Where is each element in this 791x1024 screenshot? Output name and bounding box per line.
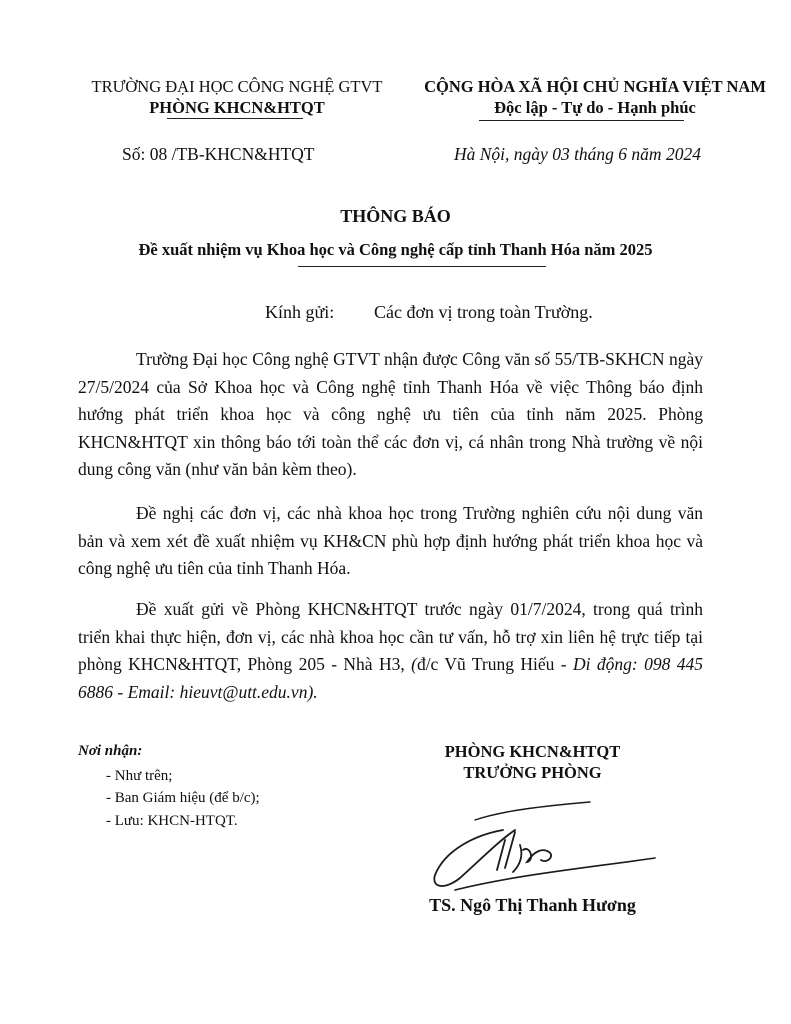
document-subtitle: Đề xuất nhiệm vụ Khoa học và Công nghệ c… [0, 240, 791, 260]
handwritten-signature [365, 790, 665, 900]
contact-paragraph: Đề xuất gửi về Phòng KHCN&HTQT trước ngà… [78, 596, 703, 706]
recipient-label: Kính gửi: [265, 302, 374, 323]
national-motto: Độc lập - Tự do - Hạnh phúc [405, 97, 785, 118]
recipient-line: Kính gửi:Các đơn vị trong toàn Trường. [265, 302, 593, 323]
recipients-list-item: - Như trên; [106, 765, 260, 788]
signature-position: TRƯỞNG PHÒNG [400, 762, 665, 783]
recipients-list-label: Nơi nhận: [78, 740, 260, 763]
subtitle-underline [298, 266, 546, 267]
document-title: THÔNG BÁO [0, 206, 791, 227]
signer-name: TS. Ngô Thị Thanh Hương [400, 895, 665, 916]
header-right-underline [479, 120, 684, 121]
recipients-list: Nơi nhận: - Như trên; - Ban Giám hiệu (đ… [78, 740, 260, 832]
contact-person: đ/c Vũ Trung Hiếu - [417, 654, 573, 674]
signature-unit: PHÒNG KHCN&HTQT [400, 741, 665, 762]
organization-name: TRƯỜNG ĐẠI HỌC CÔNG NGHỆ GTVT [62, 76, 412, 97]
signature-block: PHÒNG KHCN&HTQT TRƯỞNG PHÒNG [400, 741, 665, 783]
body-paragraph: Đề nghị các đơn vị, các nhà khoa học tro… [78, 500, 703, 583]
recipients-list-item: - Ban Giám hiệu (để b/c); [106, 787, 260, 810]
header-left: TRƯỜNG ĐẠI HỌC CÔNG NGHỆ GTVT PHÒNG KHCN… [62, 76, 412, 118]
body-paragraph: Trường Đại học Công nghệ GTVT nhận được … [78, 346, 703, 484]
recipients-list-item: - Lưu: KHCN-HTQT. [106, 810, 260, 833]
header-right: CỘNG HÒA XÃ HỘI CHỦ NGHĨA VIỆT NAM Độc l… [405, 76, 785, 118]
document-number: Số: 08 /TB-KHCN&HTQT [122, 144, 315, 165]
recipient-value: Các đơn vị trong toàn Trường. [374, 302, 593, 322]
header-left-underline [167, 118, 303, 119]
nation-name: CỘNG HÒA XÃ HỘI CHỦ NGHĨA VIỆT NAM [405, 76, 785, 97]
place-date: Hà Nội, ngày 03 tháng 6 năm 2024 [454, 144, 701, 165]
department-name: PHÒNG KHCN&HTQT [62, 97, 412, 118]
